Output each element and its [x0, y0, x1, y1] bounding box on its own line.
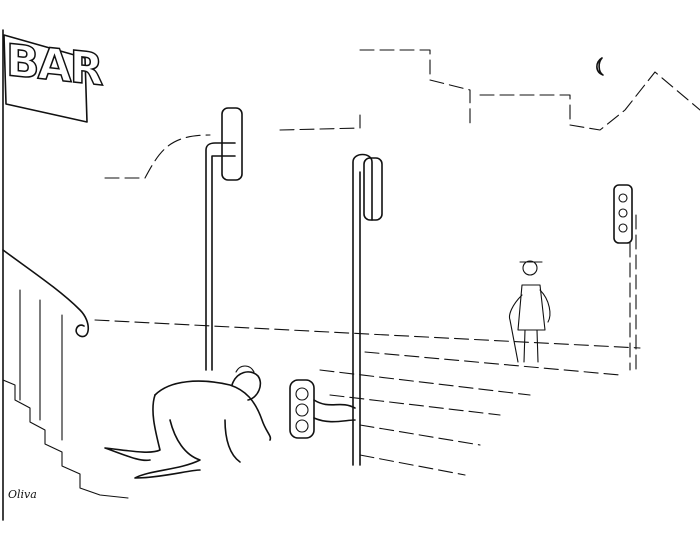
building-outline: [105, 50, 700, 178]
artist-signature: Oliva: [8, 488, 37, 501]
traffic-light-right: [614, 185, 636, 370]
traffic-light-center: [353, 155, 382, 466]
crosswalk: [95, 320, 640, 475]
standing-man-with-cane: [510, 261, 550, 362]
fallen-traffic-light: [290, 380, 355, 438]
traffic-light-left: [206, 108, 242, 370]
moon-icon: [597, 58, 603, 75]
cartoon-canvas: BAR Oliva: [0, 0, 700, 539]
stairs: [3, 380, 128, 498]
bar-sign-text: BAR: [6, 35, 101, 96]
stair-railing: [3, 250, 88, 440]
bar-sign: [3, 30, 87, 520]
crawling-man: [105, 366, 270, 478]
line-drawing: [0, 0, 700, 539]
